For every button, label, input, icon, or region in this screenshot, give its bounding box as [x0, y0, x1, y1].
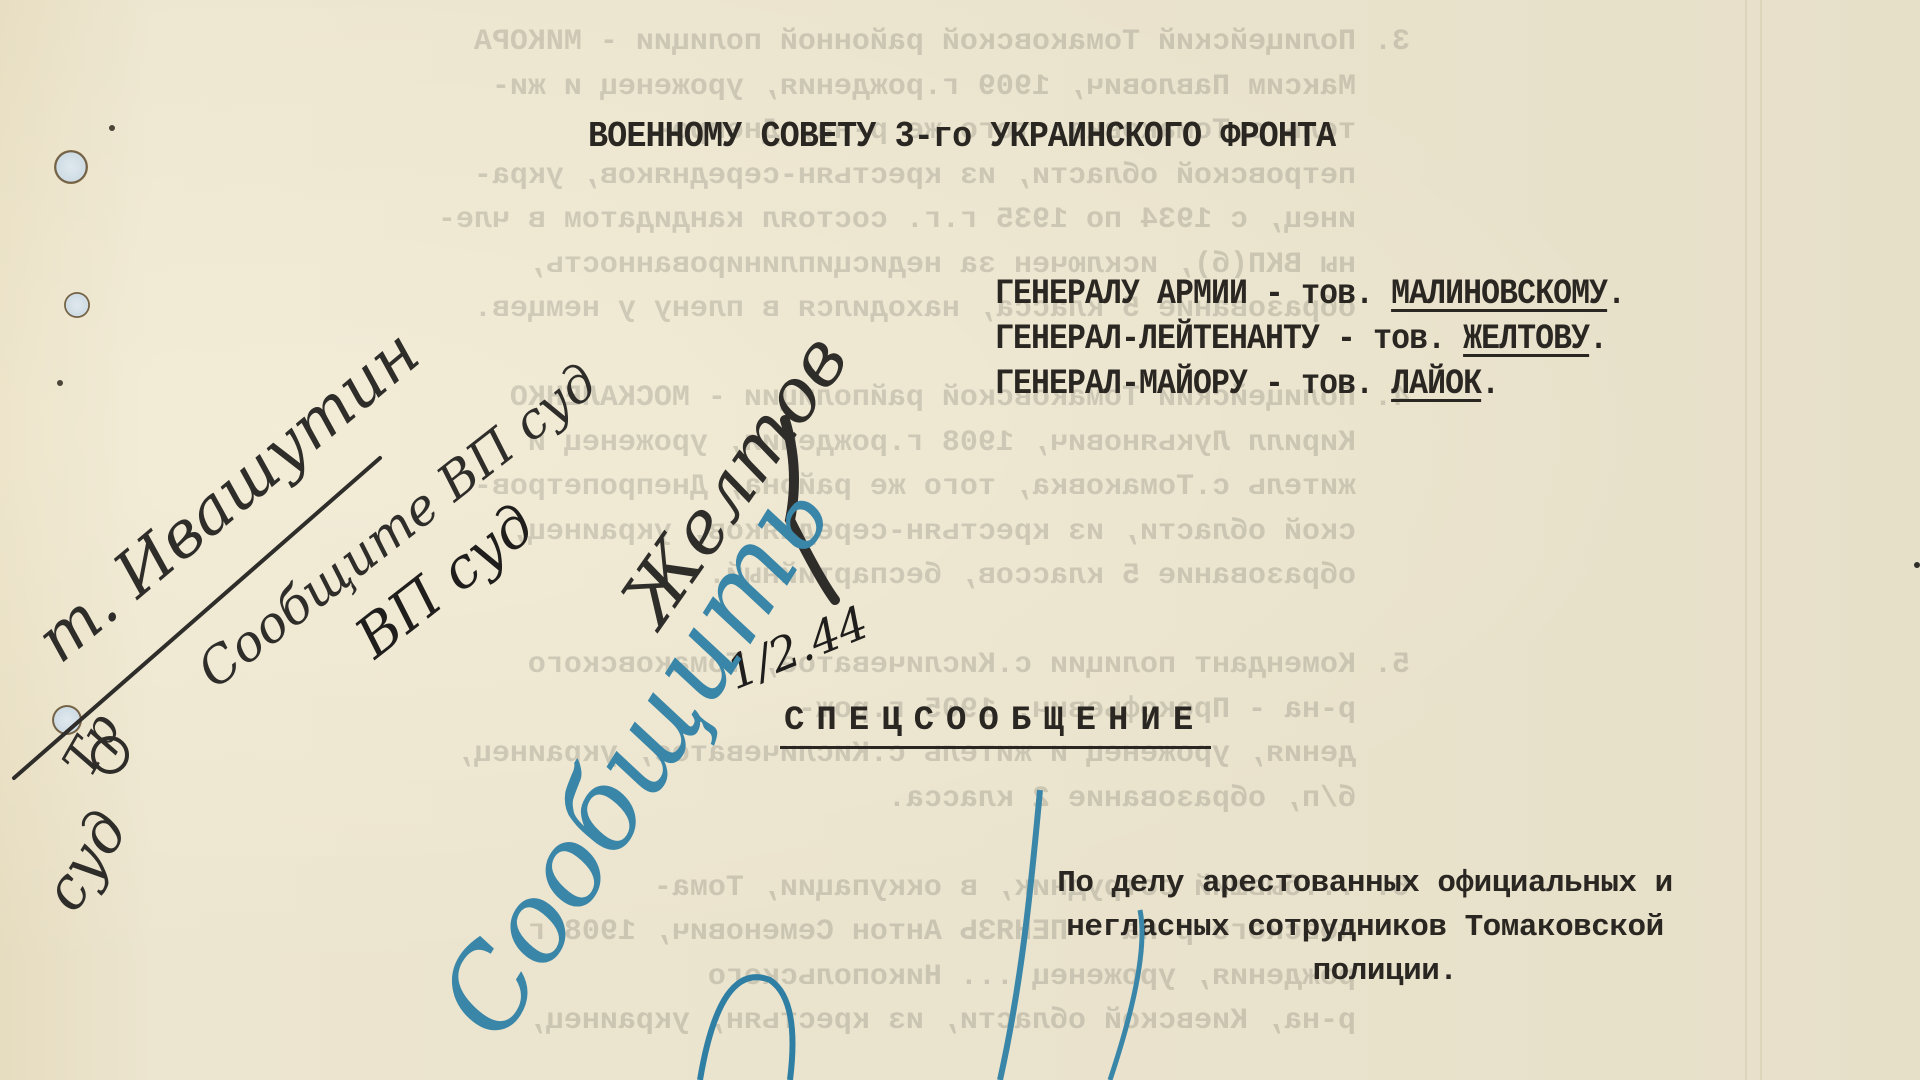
paper-speck: [109, 125, 115, 131]
margin-note: Тр: [52, 704, 132, 786]
blue-ink-stroke: [1110, 910, 1142, 1080]
margin-note: суд: [29, 799, 141, 922]
blue-ink-stroke: [700, 977, 793, 1080]
paper-speck: [1914, 562, 1920, 568]
svg-text:Тр: Тр: [52, 704, 132, 786]
paper-speck: [57, 380, 63, 386]
svg-text:суд: суд: [29, 799, 141, 922]
blue-ink-stroke: [1000, 790, 1040, 1080]
handwritten-annotations: т. Ивашутин Сообщите ВП суд ВП суд Желто…: [0, 0, 1920, 1080]
